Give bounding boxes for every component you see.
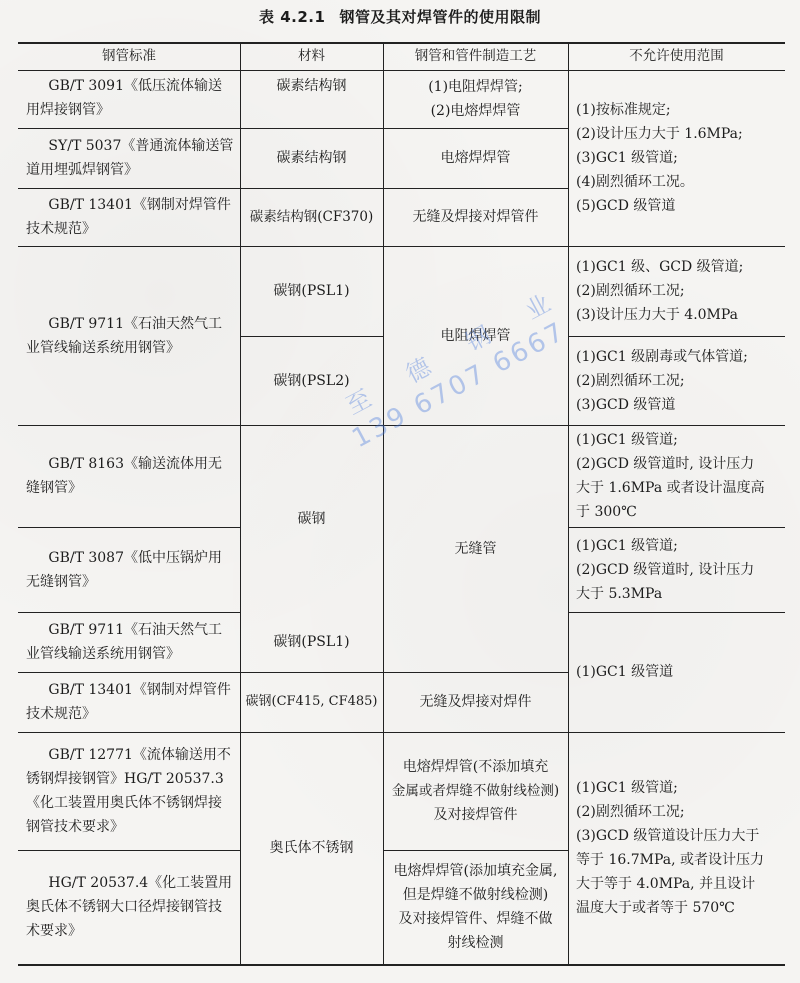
restriction-line: 大于 5.3MPa	[576, 582, 754, 606]
material-text: 碳素结构钢(CF370)	[250, 205, 374, 229]
row8-standard: GB/T 13401《钢制对焊管件技术规范》	[18, 672, 240, 732]
header-label: 钢管和管件制造工艺	[415, 44, 537, 68]
rows9-10-restrictions: (1)GC1 级管道; (2)剧烈循环工况; (3)GCD 级管道设计压力大于 …	[568, 732, 785, 964]
process-line: 无缝管	[455, 537, 497, 561]
restriction-line: (5)GCD 级管道	[576, 194, 743, 218]
restriction-line: (2)剧烈循环工况;	[576, 279, 743, 303]
restrictions-table: 钢管标准 材料 钢管和管件制造工艺 不允许使用范围 GB/T 3091《低压流体…	[18, 42, 785, 965]
rows1-3-restrictions: (1)按标准规定; (2)设计压力大于 1.6MPa; (3)GC1 级管道; …	[568, 70, 785, 246]
row8-process: 无缝及焊接对焊件	[383, 672, 568, 732]
restriction-line: (2)GCD 级管道时, 设计压力	[576, 558, 754, 582]
material-text: 碳钢(CF415, CF485)	[246, 690, 378, 714]
header-label: 不允许使用范围	[629, 44, 724, 68]
row10-process: 电熔焊焊管(添加填充金属, 但是焊缝不做射线检测) 及对接焊管件、焊缝不做 射线…	[383, 850, 568, 964]
row4b-material: 碳钢(PSL2)	[240, 336, 383, 425]
header-restrictions: 不允许使用范围	[568, 42, 785, 70]
rows7-8-restrictions: (1)GC1 级管道	[568, 612, 785, 732]
header-label: 材料	[298, 44, 325, 68]
restriction-line: 大于 1.6MPa 或者设计温度高	[576, 476, 765, 500]
process-line: 电阻焊焊管	[441, 324, 511, 348]
table-bottom-rule	[18, 964, 785, 966]
row4a-restrictions: (1)GC1 级、GCD 级管道; (2)剧烈循环工况; (3)设计压力大于 4…	[568, 246, 785, 336]
restriction-line: (4)剧烈循环工况。	[576, 170, 743, 194]
process-line: 但是焊缝不做射线检测)	[394, 883, 558, 907]
process-line: 射线检测	[394, 931, 558, 955]
restriction-line: (1)GC1 级管道;	[576, 428, 765, 452]
material-text: 碳素结构钢	[277, 74, 347, 98]
process-line: 无缝及焊接对焊件	[420, 690, 532, 714]
row3-standard: GB/T 13401《钢制对焊管件技术规范》	[18, 188, 240, 246]
restriction-line: (1)GC1 级、GCD 级管道;	[576, 255, 743, 279]
standard-text: GB/T 9711《石油天然气工业管线输送系统用钢管》	[26, 618, 234, 666]
process-line: 无缝及焊接对焊管件	[413, 205, 539, 229]
row7-standard: GB/T 9711《石油天然气工业管线输送系统用钢管》	[18, 612, 240, 672]
row2-material: 碳素结构钢	[240, 128, 383, 188]
row5-standard: GB/T 8163《输送流体用无缝钢管》	[18, 425, 240, 527]
restriction-line: 于 300℃	[576, 500, 765, 524]
restriction-line: 温度大于或者等于 570℃	[576, 896, 764, 920]
header-material: 材料	[240, 42, 383, 70]
rows9-10-material: 奥氏体不锈钢	[240, 732, 383, 964]
row4a-material: 碳钢(PSL1)	[240, 246, 383, 336]
row6-restrictions: (1)GC1 级管道; (2)GCD 级管道时, 设计压力 大于 5.3MPa	[568, 527, 785, 612]
row1-standard: GB/T 3091《低压流体输送用焊接钢管》	[18, 70, 240, 128]
process-line: 金属或者焊缝不做射线检测)	[392, 779, 559, 803]
row10-standard: HG/T 20537.4《化工装置用奥氏体不锈钢大口径焊接钢管技术要求》	[18, 850, 240, 964]
material-text: 碳钢(PSL1)	[273, 630, 349, 654]
standard-text: GB/T 3087《低中压锅炉用无缝钢管》	[26, 546, 234, 594]
restriction-line: (3)GCD 级管道	[576, 393, 748, 417]
process-line: 电熔焊焊管(不添加填充	[392, 755, 559, 779]
header-standard: 钢管标准	[18, 42, 240, 70]
restriction-line: (2)GCD 级管道时, 设计压力	[576, 452, 765, 476]
restriction-line: 大于等于 4.0MPa, 并且设计	[576, 872, 764, 896]
material-text: 奥氏体不锈钢	[270, 836, 354, 860]
table-title: 表 4.2.1钢管及其对焊管件的使用限制	[0, 6, 800, 27]
row3-process: 无缝及焊接对焊管件	[383, 188, 568, 246]
process-line: (1)电阻焊焊管;	[428, 75, 523, 99]
row4-process: 电阻焊焊管	[383, 246, 568, 425]
document-page: 表 4.2.1钢管及其对焊管件的使用限制 钢管标准 材料 钢管和管件制造工艺 不…	[0, 0, 800, 983]
header-label: 钢管标准	[102, 44, 156, 68]
process-line: 及对接焊管件	[392, 803, 559, 827]
standard-text: GB/T 13401《钢制对焊管件技术规范》	[26, 193, 234, 241]
process-line: 及对接焊管件、焊缝不做	[394, 907, 558, 931]
restriction-line: (3)设计压力大于 4.0MPa	[576, 303, 743, 327]
standard-text: GB/T 8163《输送流体用无缝钢管》	[26, 452, 234, 500]
restriction-line: (1)GC1 级管道;	[576, 776, 764, 800]
row3-material: 碳素结构钢(CF370)	[240, 188, 383, 246]
row4b-restrictions: (1)GC1 级剧毒或气体管道; (2)剧烈循环工况; (3)GCD 级管道	[568, 336, 785, 425]
rows5-7-process: 无缝管	[383, 425, 568, 672]
process-line: 电熔焊焊管	[441, 146, 511, 170]
row1-process: (1)电阻焊焊管;(2)电熔焊焊管	[383, 70, 568, 128]
row8-material: 碳钢(CF415, CF485)	[240, 672, 383, 732]
material-text: 碳钢	[298, 507, 326, 531]
restriction-line: (3)GC1 级管道;	[576, 146, 743, 170]
restriction-line: (1)GC1 级管道	[576, 660, 673, 684]
standard-text: GB/T 12771《流体输送用不锈钢焊接钢管》HG/T 20537.3《化工装…	[26, 743, 234, 839]
material-text: 碳素结构钢	[277, 146, 347, 170]
process-line: 电熔焊焊管(添加填充金属,	[394, 859, 558, 883]
table-number: 表 4.2.1	[259, 8, 325, 26]
row5-restrictions: (1)GC1 级管道; (2)GCD 级管道时, 设计压力 大于 1.6MPa …	[568, 425, 785, 527]
row9-process: 电熔焊焊管(不添加填充 金属或者焊缝不做射线检测) 及对接焊管件	[383, 732, 568, 850]
table-caption: 钢管及其对焊管件的使用限制	[339, 8, 541, 26]
restriction-line: (2)剧烈循环工况;	[576, 800, 764, 824]
row4-standard: GB/T 9711《石油天然气工业管线输送系统用钢管》	[18, 246, 240, 425]
standard-text: GB/T 3091《低压流体输送用焊接钢管》	[26, 74, 234, 122]
row1-material: 碳素结构钢	[240, 70, 383, 128]
restriction-line: (1)按标准规定;	[576, 98, 743, 122]
row2-standard: SY/T 5037《普通流体输送管道用埋弧焊钢管》	[18, 128, 240, 188]
standard-text: HG/T 20537.4《化工装置用奥氏体不锈钢大口径焊接钢管技术要求》	[26, 871, 234, 943]
material-text: 碳钢(PSL2)	[273, 369, 349, 393]
standard-text: GB/T 9711《石油天然气工业管线输送系统用钢管》	[26, 312, 234, 360]
standard-text: SY/T 5037《普通流体输送管道用埋弧焊钢管》	[26, 134, 234, 182]
restriction-line: (2)设计压力大于 1.6MPa;	[576, 122, 743, 146]
row9-standard: GB/T 12771《流体输送用不锈钢焊接钢管》HG/T 20537.3《化工装…	[18, 732, 240, 850]
restriction-line: (2)剧烈循环工况;	[576, 369, 748, 393]
row2-process: 电熔焊焊管	[383, 128, 568, 188]
material-text: 碳钢(PSL1)	[273, 279, 349, 303]
restriction-line: (3)GCD 级管道设计压力大于	[576, 824, 764, 848]
restriction-line: 等于 16.7MPa, 或者设计压力	[576, 848, 764, 872]
standard-text: GB/T 13401《钢制对焊管件技术规范》	[26, 678, 234, 726]
rows5-6-material: 碳钢	[240, 425, 383, 612]
header-process: 钢管和管件制造工艺	[383, 42, 568, 70]
process-line: (2)电熔焊焊管	[428, 99, 523, 123]
row6-standard: GB/T 3087《低中压锅炉用无缝钢管》	[18, 527, 240, 612]
row7-material: 碳钢(PSL1)	[240, 612, 383, 672]
restriction-line: (1)GC1 级管道;	[576, 534, 754, 558]
restriction-line: (1)GC1 级剧毒或气体管道;	[576, 345, 748, 369]
